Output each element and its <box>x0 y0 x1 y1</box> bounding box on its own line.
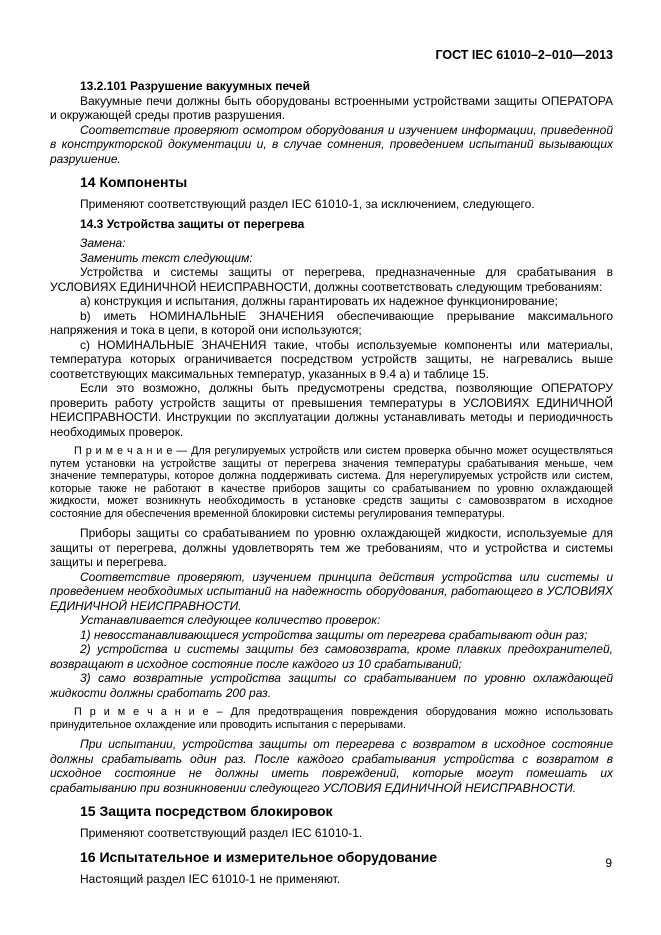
paragraph-requirements-intro: Устройства и системы защиты от перегрева… <box>50 265 613 294</box>
paragraph-compliance-14-3: Соответствие проверяют, изучением принци… <box>50 570 613 614</box>
paragraph-section-16-body: Настоящий раздел IEC 61010-1 не применяю… <box>50 872 613 887</box>
section-14-heading: 14 Компоненты <box>50 173 613 191</box>
paragraph-replace-label: Замена: <box>50 236 613 251</box>
doc-number: ГОСТ IEC 61010–2–010—2013 <box>50 48 613 63</box>
list-item-c: c) НОМИНАЛЬНЫЕ ЗНАЧЕНИЯ такие, чтобы исп… <box>50 338 613 382</box>
list-item-check-2: 2) устройства и системы защиты без самов… <box>50 642 613 671</box>
list-item-a: a) конструкция и испытания, должны гаран… <box>50 294 613 309</box>
note-1: П р и м е ч а н и е — Для регулируемых у… <box>50 445 613 520</box>
list-item-b: b) иметь НОМИНАЛЬНЫЕ ЗНАЧЕНИЯ обеспечива… <box>50 309 613 338</box>
page-number: 9 <box>605 856 612 871</box>
section-15-heading: 15 Защита посредством блокировок <box>50 802 613 820</box>
paragraph-checks-intro: Устанавливается следующее количество про… <box>50 613 613 628</box>
list-item-check-1: 1) невосстанавливающиеся устройства защи… <box>50 628 613 643</box>
paragraph-test-procedure: При испытании, устройства защиты от пере… <box>50 737 613 795</box>
note-2: П р и м е ч а н и е – Для предотвращения… <box>50 706 613 731</box>
paragraph-requirement-13-2-101: Вакуумные печи должны быть оборудованы в… <box>50 94 613 123</box>
paragraph-section-14-intro: Применяют соответствующий раздел IEC 610… <box>50 197 613 212</box>
paragraph-compliance-13-2-101: Соответствие проверяют осмотром оборудов… <box>50 123 613 167</box>
page-content: ГОСТ IEC 61010–2–010—2013 13.2.101 Разру… <box>50 48 613 886</box>
paragraph-replace-instruction: Заменить текст следующим: <box>50 251 613 266</box>
clause-13-2-101-heading: 13.2.101 Разрушение вакуумных печей <box>50 79 613 94</box>
document-page: ГОСТ IEC 61010–2–010—2013 13.2.101 Разру… <box>0 0 661 935</box>
clause-14-3-heading: 14.3 Устройства защиты от перегрева <box>50 217 613 232</box>
section-16-heading: 16 Испытательное и измерительное оборудо… <box>50 848 613 866</box>
paragraph-operator-check: Если это возможно, должны быть предусмот… <box>50 381 613 439</box>
paragraph-section-15-body: Применяют соответствующий раздел IEC 610… <box>50 826 613 841</box>
paragraph-liquid-level-devices: Приборы защиты со срабатыванием по уровн… <box>50 526 613 570</box>
list-item-check-3: 3) само возвратные устройства защиты со … <box>50 671 613 700</box>
